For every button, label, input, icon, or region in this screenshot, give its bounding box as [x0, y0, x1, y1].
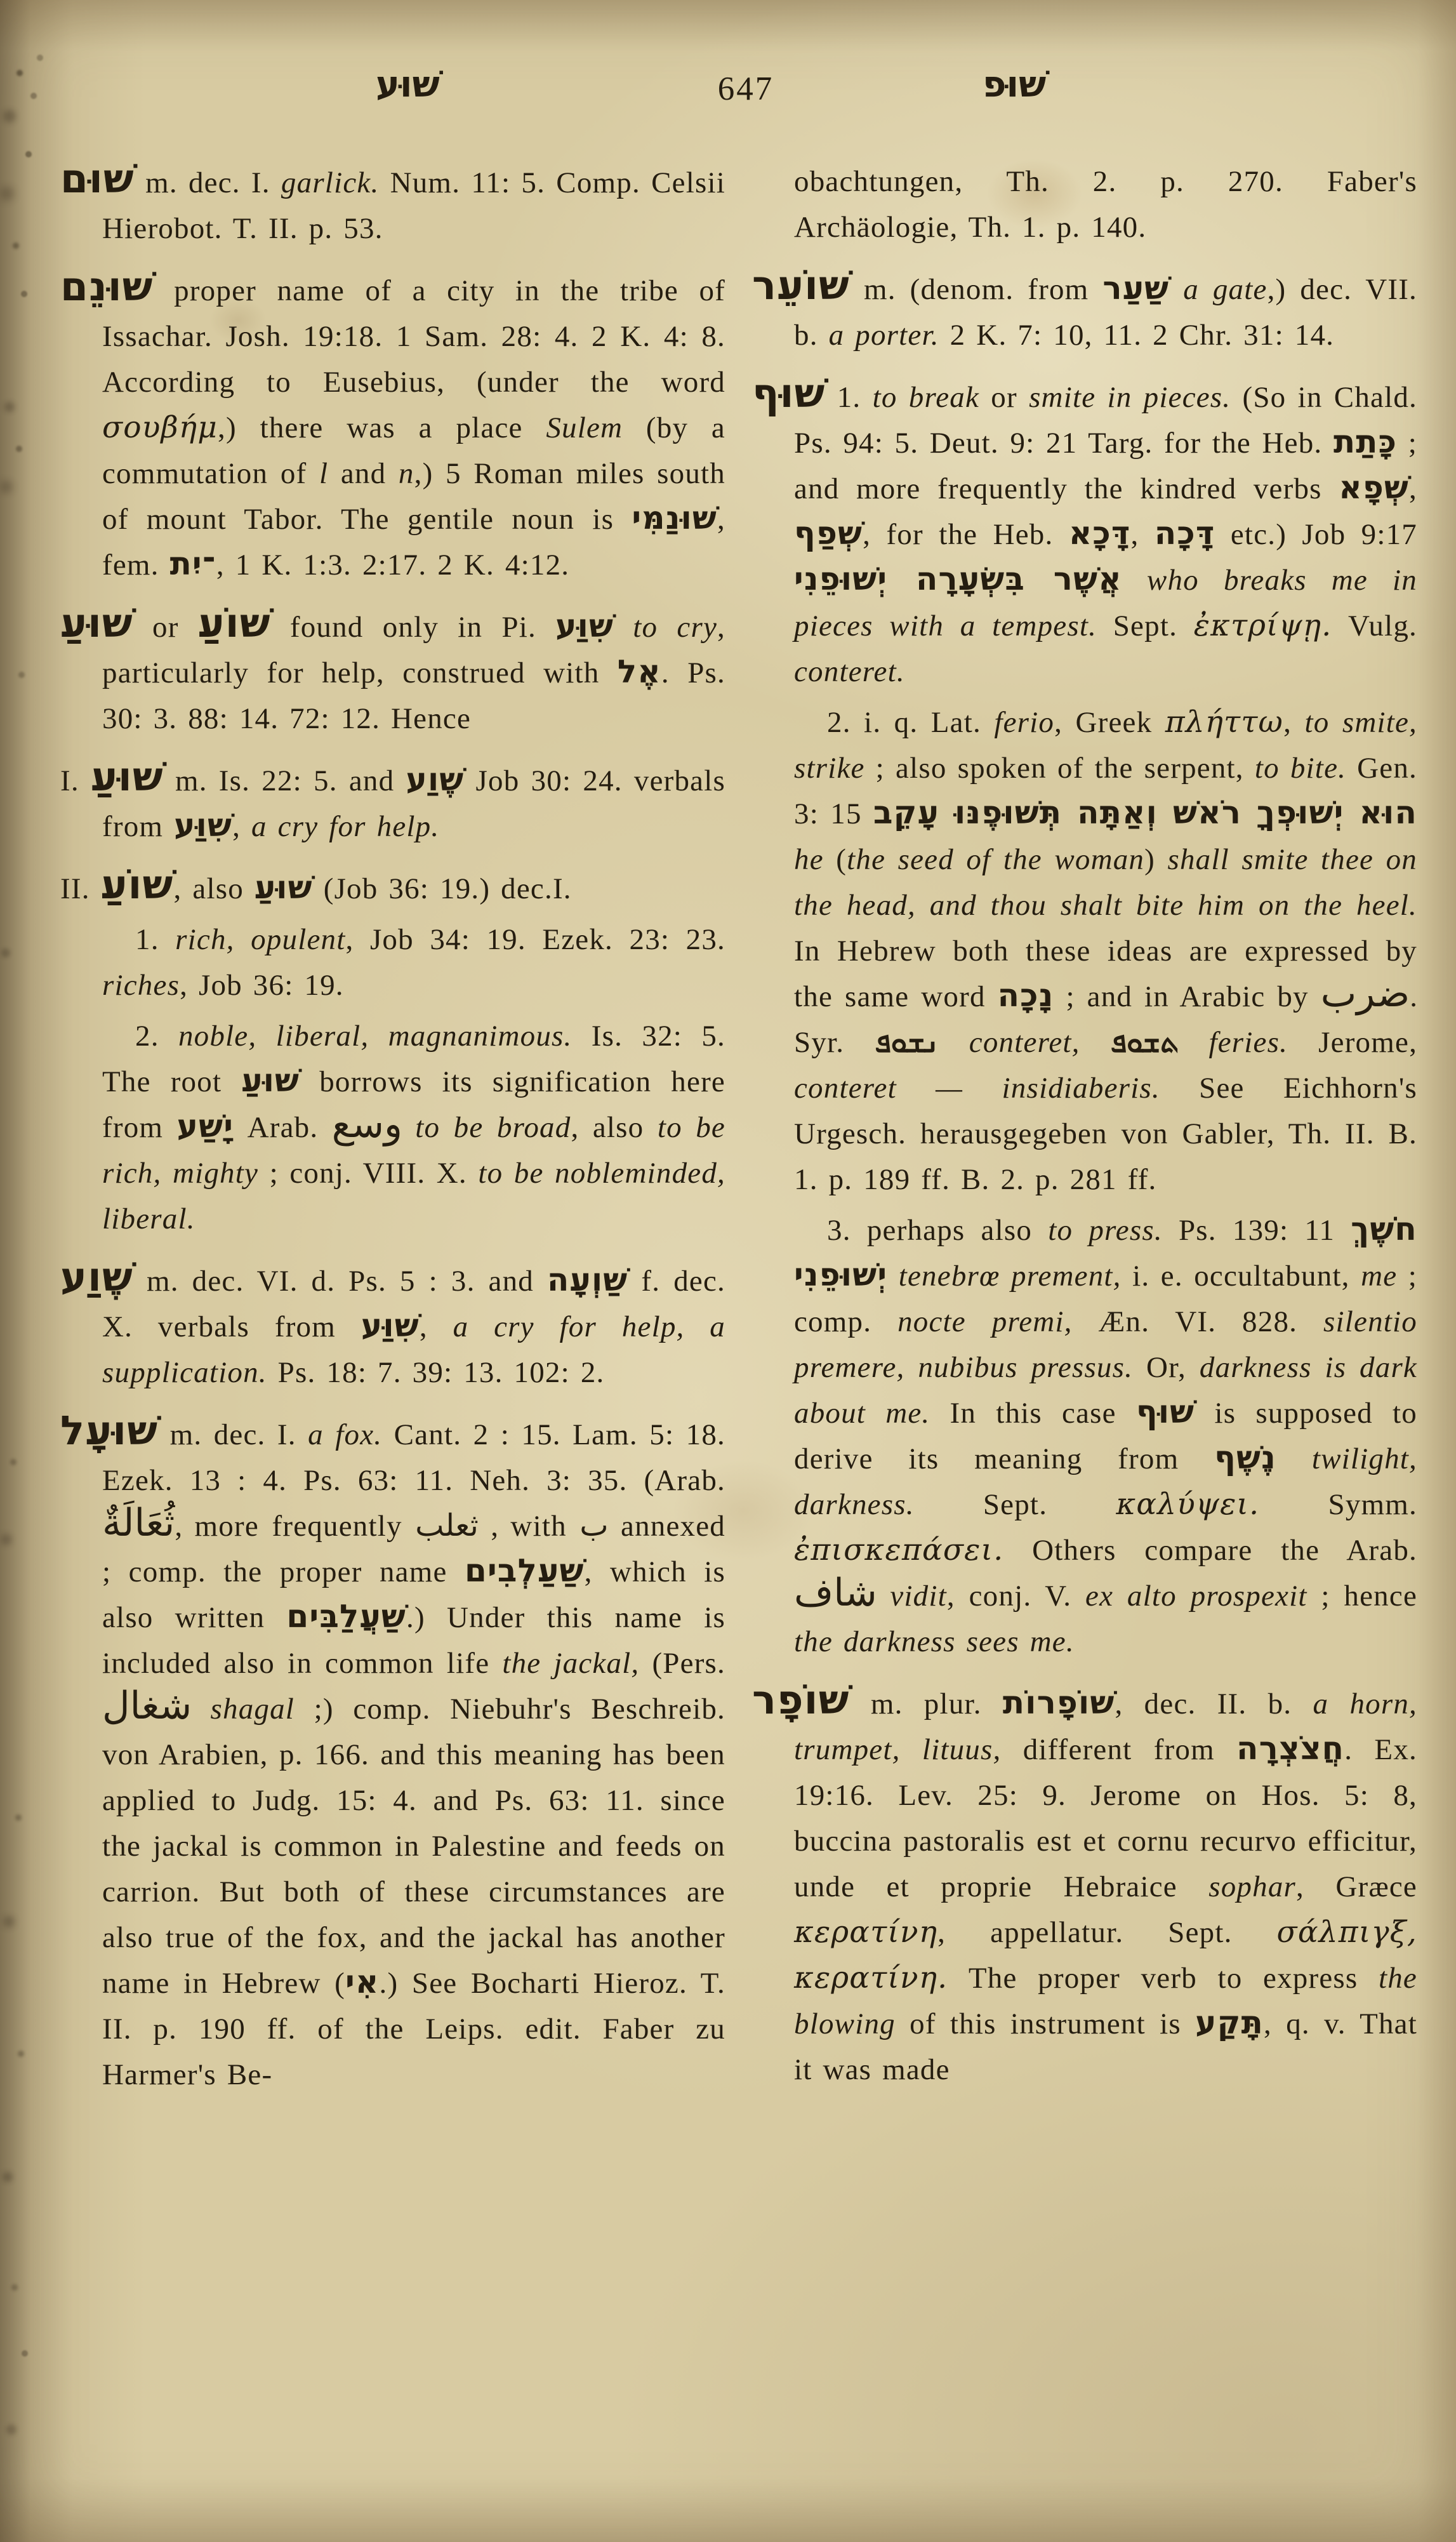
entry-shum: שׁוּם m. dec. I. garlick. Num. 11: 5. Co…	[60, 159, 725, 251]
hebrew-headword: שׁוּף	[752, 370, 826, 416]
roman-text: 1.	[135, 923, 175, 956]
arabic-text-large: شاف	[794, 1571, 877, 1615]
hebrew-text: שִׁוַּע	[555, 608, 614, 644]
hebrew-text: ־יִת	[170, 545, 216, 582]
roman-text: , Greek	[1054, 706, 1165, 739]
roman-text: , 1 K. 1:3. 2:17. 2 K. 4:12.	[216, 549, 569, 582]
roman-text: , Job 36: 19.	[180, 969, 344, 1002]
roman-text: , appellatur. Sept.	[937, 1916, 1276, 1949]
roman-text: ; conj. VIII. X.	[258, 1157, 478, 1190]
roman-text: 2 K. 7: 10, 11. 2 Chr. 31: 14.	[939, 319, 1334, 352]
roman-text: Vulg.	[1332, 609, 1417, 642]
roman-text: ; also spoken of the serpent,	[865, 752, 1255, 785]
roman-text: , also	[173, 872, 254, 905]
italic-text: a porter.	[829, 319, 939, 352]
header-catchword-left: שׁוּע	[376, 63, 440, 105]
roman-text: Symm.	[1259, 1488, 1417, 1521]
hebrew-text: שַׁעַלְבִים	[465, 1552, 585, 1589]
greek-text: σουβήμ	[102, 410, 218, 445]
roman-text: , Græce	[1296, 1870, 1417, 1903]
syriac-text: ܬܫܘܦ	[1111, 1025, 1179, 1059]
roman-text	[887, 1260, 898, 1293]
hebrew-text: יָשַׁע	[177, 1108, 234, 1145]
hebrew-text: שׁוֹפָרוֹת	[1003, 1684, 1115, 1721]
italic-text: sophar	[1208, 1870, 1296, 1903]
roman-text: , for the Heb.	[863, 518, 1069, 551]
italic-text: conteret,	[969, 1026, 1080, 1059]
italic-text: he	[794, 843, 824, 876]
greek-text: κερατίνη	[794, 1915, 937, 1950]
arabic-text-large: شغال	[102, 1684, 192, 1728]
roman-text: 2. i. q. Lat.	[827, 706, 994, 739]
hebrew-headword: שׁוּעַ	[91, 754, 164, 800]
roman-text: ,) there was a place	[218, 411, 546, 444]
roman-text: 3. perhaps also	[827, 1214, 1048, 1247]
column-right: obachtungen, Th. 2. p. 270. Faber's Arch…	[752, 159, 1417, 2514]
entry-shua-verb: שׁוּעַ or שׁוֹעַ found only in Pi. שִׁוַ…	[60, 603, 725, 742]
italic-text: the darkness sees me.	[794, 1625, 1075, 1658]
arabic-text-large: ثُعَالَةٌ	[102, 1501, 175, 1545]
greek-text: ἐπισκεπάσει.	[794, 1533, 1003, 1567]
hebrew-text: אֲשֶׁר בִּשְׂעָרָה יְשׁוּפֵנִי	[794, 561, 1122, 597]
entry-shoer: שׁוֹעֵר m. (denom. from שַׁעַר a gate,) …	[752, 265, 1417, 358]
entry-shunem: שׁוּנֵם proper name of a city in the tri…	[60, 267, 725, 588]
roman-text: 2.	[135, 1020, 178, 1053]
hebrew-headword: שׁוֹפָר	[752, 1677, 850, 1723]
italic-text: a fox.	[308, 1418, 382, 1451]
hebrew-text: אֶל	[618, 653, 661, 690]
greek-text: πλήττω	[1165, 705, 1283, 740]
roman-text: , Job 34: 19. Ezek. 23: 23.	[346, 923, 726, 956]
arabic-text: ثعلب	[415, 1508, 479, 1543]
italic-text: conteret — insidiaberis.	[794, 1072, 1160, 1105]
roman-text	[1169, 273, 1183, 306]
roman-text: m. dec. I.	[158, 1418, 308, 1451]
italic-text: smite in pieces.	[1029, 381, 1231, 414]
roman-text: ,	[1409, 472, 1417, 505]
roman-text: (Pers.	[639, 1647, 725, 1680]
roman-text	[402, 1111, 415, 1144]
roman-text: ,	[420, 1310, 453, 1343]
sense-shuph-3: 3. perhaps also to press. Ps. 139: 11 חֹ…	[752, 1208, 1417, 1665]
entry-shual-continued: obachtungen, Th. 2. p. 270. Faber's Arch…	[752, 159, 1417, 250]
roman-text: Ps. 139: 11	[1163, 1214, 1351, 1247]
roman-text: and	[328, 457, 399, 490]
hebrew-text: שְׁפַף	[794, 515, 863, 552]
roman-text: (	[824, 843, 847, 876]
roman-text: or	[979, 381, 1029, 414]
hebrew-text: תָּקַע	[1195, 2004, 1264, 2041]
italic-text: to break	[873, 381, 979, 414]
roman-text: m. dec. VI. d. Ps. 5 : 3. and	[133, 1265, 547, 1298]
roman-text: ; and in Arabic by	[1054, 980, 1321, 1013]
roman-text: ;) comp. Niebuhr's Beschreib. von Arabie…	[102, 1693, 725, 2000]
hebrew-text: שַׁעֲלַבִּים	[286, 1598, 406, 1635]
roman-text: m. (denom. from	[850, 273, 1102, 306]
roman-text	[877, 1580, 890, 1613]
roman-text: ; hence	[1307, 1580, 1417, 1613]
roman-text: , more frequently	[175, 1510, 415, 1543]
hebrew-text: שַׁעַר	[1102, 270, 1169, 307]
roman-text	[614, 611, 633, 644]
italic-text: Sulem	[546, 411, 623, 444]
entry-shua-II: II. שׁוֹעַ, also שׁוּעַ (Job 36: 19.) de…	[60, 865, 725, 912]
hebrew-text: הוּא יְשׁוּפְךָ רֹאשׁ וְאַתָּה תְּשׁוּפֶ…	[873, 794, 1417, 831]
roman-text: m. plur.	[850, 1687, 1003, 1720]
hebrew-text: שִׁוַּע	[361, 1307, 420, 1344]
hebrew-text: שְׁפָא	[1339, 469, 1409, 506]
roman-text: ,	[1283, 706, 1304, 739]
hebrew-text: דָּכָה	[1155, 515, 1215, 552]
roman-text: i. e. occultabunt,	[1122, 1260, 1361, 1293]
roman-text: In this case	[930, 1397, 1136, 1430]
arabic-text-large: ضرب	[1321, 971, 1410, 1016]
roman-text	[192, 1693, 210, 1726]
entry-shewa-shawah: שֶׁוַע m. dec. VI. d. Ps. 5 : 3. and שַׁ…	[60, 1257, 725, 1395]
italic-text: ferio	[994, 706, 1054, 739]
roman-text: The proper verb to express	[948, 1962, 1379, 1995]
hebrew-text: דָּכָא	[1069, 515, 1131, 552]
italic-text: vidit	[890, 1580, 947, 1613]
hebrew-headword: שׁוֹעַ	[198, 600, 271, 646]
entry-shua-I: I. שׁוּעַ m. Is. 22: 5. and שֶׁוַע Job 3…	[60, 757, 725, 849]
roman-text	[1276, 1442, 1312, 1475]
entry-shual: שׁוּעָל m. dec. I. a fox. Cant. 2 : 15. …	[60, 1411, 725, 2098]
italic-text: tenebrœ prement,	[899, 1260, 1122, 1293]
italic-text: conteret.	[794, 655, 905, 688]
roman-text: , conj. V.	[947, 1580, 1085, 1613]
hebrew-headword: שׁוֹעַ	[101, 862, 174, 908]
roman-text: proper name of a city in the tribe of Is…	[102, 274, 725, 399]
hebrew-headword: שֶׁוַע	[60, 1254, 133, 1300]
italic-text: n	[399, 457, 414, 490]
italic-text: me	[1361, 1260, 1397, 1293]
hebrew-text: נֶשֶׁף	[1214, 1439, 1276, 1476]
roman-text: (Job 36: 19.) dec.I.	[313, 872, 572, 905]
hebrew-text: שׁוּנַמִּי	[632, 500, 717, 536]
greek-text: ἐκτρίψῃ.	[1194, 608, 1332, 643]
roman-text: different from	[1001, 1733, 1236, 1766]
italic-text: rich, opulent	[175, 923, 345, 956]
roman-text: found only in Pi.	[271, 611, 555, 644]
italic-text: l	[319, 457, 328, 490]
scan-speckles	[0, 0, 6, 6]
roman-text	[1179, 1026, 1209, 1059]
hebrew-text: שֶׁוַע	[406, 761, 464, 798]
roman-text: etc.) Job 9:17	[1215, 518, 1417, 551]
sense-noble: 2. noble, liberal, magnanimous. Is. 32: …	[60, 1013, 725, 1242]
italic-text: riches	[102, 969, 180, 1002]
roman-text: , with	[479, 1510, 580, 1543]
italic-text: the jackal,	[502, 1647, 639, 1680]
roman-text	[1080, 1026, 1111, 1059]
roman-text: )	[1144, 843, 1167, 876]
entry-shuph: שׁוּף 1. to break or smite in pieces. (S…	[752, 373, 1417, 695]
greek-text: καλύψει.	[1116, 1487, 1259, 1522]
page-number: 647	[685, 70, 806, 108]
roman-text: of this instrument is	[896, 2007, 1195, 2040]
sense-shuph-2: 2. i. q. Lat. ferio, Greek πλήττω, to sm…	[752, 700, 1417, 1202]
entry-shophar: שׁוֹפָר m. plur. שׁוֹפָרוֹת, dec. II. b.…	[752, 1680, 1417, 2093]
hebrew-text: שׁוּעַ	[241, 1062, 300, 1099]
roman-text: obachtungen, Th. 2. p. 270. Faber's Arch…	[794, 165, 1417, 244]
sense-rich: 1. rich, opulent, Job 34: 19. Ezek. 23: …	[60, 917, 725, 1008]
italic-text: noble, liberal, magnanimous.	[178, 1020, 572, 1053]
roman-text: ,	[232, 810, 251, 843]
italic-text: to be broad	[415, 1111, 571, 1144]
roman-text: Or,	[1133, 1351, 1200, 1384]
syriac-text: ܢܫܘܦ	[875, 1025, 939, 1059]
hebrew-headword: שׁוּם	[60, 159, 135, 202]
roman-text: m. dec. I.	[135, 166, 281, 199]
roman-text: , dec. II. b.	[1115, 1687, 1313, 1720]
hebrew-text: נָכָה	[998, 977, 1054, 1014]
roman-text: II.	[60, 872, 101, 905]
book-page: שׁוּע 647 שׁוּפ שׁוּם m. dec. I. garlick…	[0, 0, 1456, 2542]
roman-text: Ps. 18: 7. 39: 13. 102: 2.	[267, 1356, 605, 1389]
roman-text: m. Is. 22: 5. and	[164, 764, 406, 797]
roman-text: Arab.	[234, 1111, 332, 1144]
roman-text: Jerome,	[1288, 1026, 1417, 1059]
italic-text: feries.	[1208, 1026, 1288, 1059]
arabic-text-large: وسع	[332, 1102, 402, 1147]
roman-text: , also	[571, 1111, 657, 1144]
hebrew-text: אִי	[345, 1964, 380, 2000]
hebrew-text: כָּתַת	[1334, 423, 1397, 460]
italic-text: to bite.	[1255, 752, 1346, 785]
roman-text: Æn. VI. 828.	[1073, 1305, 1323, 1338]
roman-text: or	[133, 611, 198, 644]
italic-text: garlick.	[281, 166, 379, 199]
hebrew-text: שׁוּעַ	[255, 869, 313, 906]
hebrew-text: שׁוּף	[1136, 1394, 1195, 1430]
roman-text: Sept.	[1097, 609, 1194, 642]
roman-text: Others compare the Arab.	[1003, 1534, 1417, 1567]
italic-text: a gate	[1183, 273, 1267, 306]
hebrew-text: שַׁוְעָה	[547, 1261, 628, 1298]
hebrew-headword: שׁוֹעֵר	[752, 262, 850, 309]
italic-text: the seed of the woman	[847, 843, 1144, 876]
italic-text: ex alto prospexit	[1085, 1580, 1307, 1613]
italic-text: to cry	[633, 611, 717, 644]
header-catchword-right: שׁוּפ	[983, 63, 1046, 105]
italic-text: nocte premi,	[897, 1305, 1073, 1338]
hebrew-headword: שׁוּעָל	[60, 1407, 158, 1454]
roman-text: Sept.	[915, 1488, 1116, 1521]
roman-text	[1122, 564, 1147, 597]
italic-text: a cry for help.	[251, 810, 439, 843]
hebrew-text: שִׁוַּע	[174, 807, 232, 844]
roman-text	[939, 1026, 969, 1059]
italic-text: to press.	[1048, 1214, 1163, 1247]
hebrew-headword: שׁוּעַ	[60, 600, 133, 646]
column-left: שׁוּם m. dec. I. garlick. Num. 11: 5. Co…	[60, 159, 725, 2514]
italic-text: shagal	[211, 1693, 295, 1726]
arabic-text: ب	[579, 1508, 608, 1543]
hebrew-headword: שׁוּנֵם	[60, 263, 154, 310]
roman-text: 1.	[826, 381, 873, 414]
roman-text: ,	[1131, 518, 1155, 551]
hebrew-text: חֲצֹצְרָה	[1236, 1730, 1344, 1767]
roman-text: I.	[60, 764, 91, 797]
